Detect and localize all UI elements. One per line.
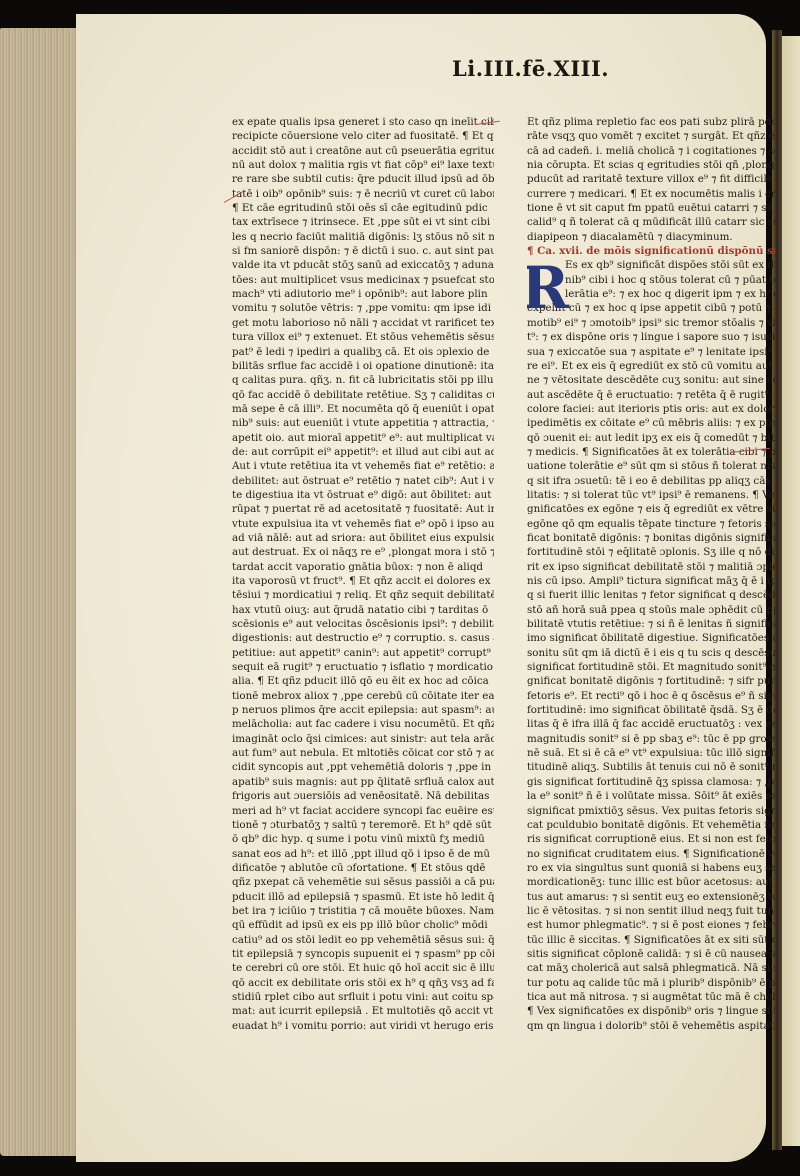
text-line: tūc illic ē siccitas. ¶ Significatōes āt… bbox=[527, 933, 775, 947]
text-line: petitiue: aut appetit⁹ canin⁹: aut appet… bbox=[232, 646, 494, 660]
text-line: debilitet: aut ōstruat e⁹ retētio ⁊ nate… bbox=[232, 474, 494, 488]
text-line: qū effūdit ad ipsū ex eis pp illō būor c… bbox=[232, 918, 494, 932]
text-line: tardat accit vaporatio gnātia būox: ⁊ no… bbox=[232, 560, 494, 574]
page-block-edges bbox=[0, 28, 78, 1156]
text-line: nia cōrupta. Et scias q egritudies stōi … bbox=[527, 158, 775, 172]
text-line: tionē mebrox aliox ⁊ ,ppe cerebū cū cōit… bbox=[232, 689, 494, 703]
left-text-column: ex epate qualis ipsa generet i sto caso … bbox=[232, 115, 494, 1033]
text-line: gis significat fortitudinē q̄ʒ spissa cl… bbox=[527, 775, 775, 789]
text-line: frigoris aut ɔuersiōis ad venēositatē. N… bbox=[232, 789, 494, 803]
text-line: colore faciei: aut iterioris ptis oris: … bbox=[527, 402, 775, 416]
text-line: de: aut corrūpit ei⁹ appetit⁹: et illud … bbox=[232, 445, 494, 459]
text-line: qm qn lingua i dolorib⁹ stōi ē vehemētis… bbox=[527, 1019, 775, 1033]
text-line: qō accit ex debilitate oris stōi ex h⁹ q… bbox=[232, 976, 494, 990]
text-line: get motu laborioso nō nāli ⁊ accidat vt … bbox=[232, 316, 494, 330]
text-line: fortitudinē stōi ⁊ eq̄litatē ɔplonis. Sʒ… bbox=[527, 545, 775, 559]
text-line: bilitatē vtutis retētiue: ⁊ si ñ ē lenit… bbox=[527, 617, 775, 631]
text-line: sitis significat cōplonē calidā: ⁊ si ē … bbox=[527, 947, 775, 961]
text-line: catiu⁹ ad os stōi ledit eo pp vehemētiā … bbox=[232, 933, 494, 947]
text-line: magnitudis sonit⁹ si ē pp sbaʒ e⁹: tūc ē… bbox=[527, 732, 775, 746]
text-line: cat pculdubio bonitatē digōnis. Et vehem… bbox=[527, 818, 775, 832]
text-line: nē suā. Et si ē cā e⁹ vt⁹ expulsiua: tūc… bbox=[527, 746, 775, 760]
text-line: bilitās srflue fac accidē i oi opatione … bbox=[232, 359, 494, 373]
text-line: rūpat ⁊ puertat rē ad acetositatē ⁊ fuos… bbox=[232, 502, 494, 516]
text-line: egōne qō qm equalis tēpate tincture ⁊ fe… bbox=[527, 517, 775, 531]
text-line: q calitas pura. qñʒ. n. fit cā lubricita… bbox=[232, 373, 494, 387]
text-line: tione ē vt sit caput fm ppatū euētui cat… bbox=[527, 201, 775, 215]
text-line: ex epate qualis ipsa generet i sto caso … bbox=[232, 115, 494, 129]
text-line: ipedimētis ex cōitate e⁹ cū mēbris aliis… bbox=[527, 416, 775, 430]
text-line: te digestiua ita vt ōstruat e⁹ digō: aut… bbox=[232, 488, 494, 502]
text-line: imo significat ōbilitatē digestiue. Sign… bbox=[527, 631, 775, 645]
text-line: tus aut amarus: ⁊ si sentit euʒ eo exten… bbox=[527, 890, 775, 904]
text-line: currere ⁊ medicari. ¶ Et ex nocumētis ma… bbox=[527, 187, 775, 201]
text-line: rāte vsqʒ quo vomēt ⁊ excitet ⁊ surgāt. … bbox=[527, 129, 775, 143]
text-line: t⁹: ⁊ ex dispōne oris ⁊ lingue i sapore … bbox=[527, 330, 775, 344]
text-line: tax extrīsece ⁊ itrinsece. Et ,ppe sūt e… bbox=[232, 215, 494, 229]
text-line: si fm saniorē dispōn: ⁊ ē dictū i suo. c… bbox=[232, 244, 494, 258]
marginal-annotation: ⌐ bbox=[760, 880, 768, 890]
text-line: mat: aut icurrit epilepsiā . Et multotiē… bbox=[232, 1004, 494, 1018]
text-line: fortitudinē: imo significat ōbilitatē q̄… bbox=[527, 703, 775, 717]
text-line: nib⁹ suis: aut eueniūt i vtute appetitia… bbox=[232, 416, 494, 430]
text-line: tura villox ei⁹ ⁊ extenuet. Et stōus veh… bbox=[232, 330, 494, 344]
text-line: tur potu aq calide tūc mā i plurib⁹ disp… bbox=[527, 976, 775, 990]
text-line: uatione tolerātie e⁹ sūt qm si stōus ñ t… bbox=[527, 459, 775, 473]
text-line: recipicte cōuersione velo citer ad fuosi… bbox=[232, 129, 494, 143]
text-line: significat fortitudinē stōi. Et magnitud… bbox=[527, 660, 775, 674]
text-line: est humor phlegmatic⁹. ⁊ si ē post eione… bbox=[527, 918, 775, 932]
text-line: te cerebri cū ore stōi. Et huic qō hoī a… bbox=[232, 961, 494, 975]
text-line: scēsionis e⁹ aut velocitas ōscēsionis ip… bbox=[232, 617, 494, 631]
text-line: tit epilepsiā ⁊ syncopis supuenit ei ⁊ s… bbox=[232, 947, 494, 961]
text-line: aut destruat. Ex oi nāqʒ re e⁹ ,plongat … bbox=[232, 545, 494, 559]
text-line: tatē i oib⁹ opōnib⁹ suis: ⁊ ē necriū vt … bbox=[232, 187, 494, 201]
text-line: calid⁹ q ñ tolerat cā q mūdificāt illū c… bbox=[527, 215, 775, 229]
text-line: no significat cruditatem eius. ¶ Signifi… bbox=[527, 847, 775, 861]
text-line: meri ad h⁹ vt faciat accidere syncopi fa… bbox=[232, 804, 494, 818]
text-line: pducit illō ad epilepsiā ⁊ spasmū. Et is… bbox=[232, 890, 494, 904]
text-line: les q necrio faciūt malitiā digōnis: lʒ … bbox=[232, 230, 494, 244]
text-line: ō qb⁹ dic hyp. q sume i potu vinū mixtū … bbox=[232, 832, 494, 846]
text-line: tōes: aut multiplicet vsus medicinax ⁊ p… bbox=[232, 273, 494, 287]
text-line: sonitu sūt qm iā dictū ē i eis q tu scis… bbox=[527, 646, 775, 660]
text-line: vomitu ⁊ solutōe vētris: ⁊ ,ppe vomitu: … bbox=[232, 301, 494, 315]
text-line: tionē ⁊ ɔturbatōʒ ⁊ saltū ⁊ teremorē. Et… bbox=[232, 818, 494, 832]
text-line: fetoris e⁹. Et recti⁹ qō i hoc ē q ōscēs… bbox=[527, 689, 775, 703]
text-line: alia. ¶ Et qñz pducit illō qō eu ēit ex … bbox=[232, 674, 494, 688]
text-line: cā ad cadeñ. i. meliā cholicā ⁊ i cogita… bbox=[527, 144, 775, 158]
text-line: litas q̄ ē ifra illā q̄ fac accidē eruct… bbox=[527, 717, 775, 731]
text-line: sequit eā rugit⁹ ⁊ eructuatio ⁊ isflatio… bbox=[232, 660, 494, 674]
text-line: gnificat bonitatē digōnis ⁊ fortitudinē:… bbox=[527, 674, 775, 688]
text-line: aut fum⁹ aut nebula. Et mltotiēs cōicat … bbox=[232, 746, 494, 760]
text-line: bet ira ⁊ iciūio ⁊ tristitia ⁊ cā mouēte… bbox=[232, 904, 494, 918]
text-line: pat⁹ ē ledi ⁊ ipediri a qualibʒ cā. Et o… bbox=[232, 345, 494, 359]
text-line: nū aut dolox ⁊ malitia rgis vt fiat cōp⁹… bbox=[232, 158, 494, 172]
text-line: Et qñz plima repletio fac eos pati subz … bbox=[527, 115, 775, 129]
text-line: p neruos plimos q̄re accit epilepsia: au… bbox=[232, 703, 494, 717]
text-line: apetit oio. aut mioraī appetit⁹ e⁹: aut … bbox=[232, 431, 494, 445]
text-line: gnificatōes ex egōne ⁊ eis q̄ egrediūt e… bbox=[527, 502, 775, 516]
text-line: sua ⁊ exiccatōe sua ⁊ aspitate e⁹ ⁊ leni… bbox=[527, 345, 775, 359]
text-line: hax vtutū oiuʒ: aut q̄rudā natatio cibi … bbox=[232, 603, 494, 617]
text-line: q sit ifra ɔsuetū: tē i eo ē debilitas p… bbox=[527, 474, 775, 488]
text-line: pducūt ad raritatē texture villox e⁹ ⁊ f… bbox=[527, 172, 775, 186]
text-line: nis cū ipso. Ampli⁹ tictura significat m… bbox=[527, 574, 775, 588]
book-spread: Li.III.fē.XIII. ex epate qualis ipsa gen… bbox=[0, 0, 800, 1176]
text-line: ro ex via singultus sunt quoniā si haben… bbox=[527, 861, 775, 875]
text-line: ne ⁊ vētositate descēdēte cuʒ sonitu: au… bbox=[527, 373, 775, 387]
text-line: apatib⁹ suis magnis: aut pp q̄litatē srf… bbox=[232, 775, 494, 789]
text-line: sanat eos ad h⁹: et illō ,ppt illud qō i… bbox=[232, 847, 494, 861]
text-line: vtute expulsiua ita vt vehemēs fiat e⁹ o… bbox=[232, 517, 494, 531]
decorated-initial-R: R bbox=[527, 260, 561, 316]
text-line: la e⁹ sonit⁹ ñ ē i volūtate missa. Sōit⁹… bbox=[527, 789, 775, 803]
text-line: ad viā nālē: aut ad sriora: aut ōbilitet… bbox=[232, 531, 494, 545]
text-line: euadat h⁹ i vomitu porrio: aut viridi vt… bbox=[232, 1019, 494, 1033]
text-line: mach⁹ vti adiutorio me⁹ i opōnib⁹: aut l… bbox=[232, 287, 494, 301]
text-line: accidit stō aut i creatōne aut cū pseuer… bbox=[232, 144, 494, 158]
text-line: imagināt oclo q̄si cimices: aut sinistr:… bbox=[232, 732, 494, 746]
text-line: ita vaporosū vt fruct⁹. ¶ Et qñz accit e… bbox=[232, 574, 494, 588]
text-line: tica aut mā nitrosa. ⁊ si augmētat tūc m… bbox=[527, 990, 775, 1004]
text-line: re rare sbe subtil cutis: q̄re pducit il… bbox=[232, 172, 494, 186]
text-line: lic ē vētositas. ⁊ si non sentit illud n… bbox=[527, 904, 775, 918]
running-head: Li.III.fē.XIII. bbox=[452, 56, 609, 81]
initial-block: R Es ex qb⁹ significāt dispōes stōi sūt … bbox=[527, 258, 775, 301]
text-line: aut ascēdēte q̄ ē eructuatio: ⁊ retēta q… bbox=[527, 388, 775, 402]
text-line: cidit syncopis aut ,ppt vehemētiā dolori… bbox=[232, 760, 494, 774]
text-line: digestionis: aut destructio e⁹ ⁊ corrupt… bbox=[232, 631, 494, 645]
text-line: tēsiui ⁊ mordicatiui ⁊ reliq. Et qñz seq… bbox=[232, 588, 494, 602]
text-line: ¶ Vex significatōes ex dispōnib⁹ oris ⁊ … bbox=[527, 1004, 775, 1018]
text-line: re ei⁹. Et ex eis q̄ egrediūt ex stō cū … bbox=[527, 359, 775, 373]
right-text-column: Et qñz plima repletio fac eos pati subz … bbox=[527, 115, 775, 1033]
text-line: litatis: ⁊ si tolerat tūc vt⁹ ipsi⁹ ē re… bbox=[527, 488, 775, 502]
text-line: rit ex ipso significat debilitatē stōi ⁊… bbox=[527, 560, 775, 574]
text-line: mā sepe ē cā illi⁹. Et nocumēta qō q̄ eu… bbox=[232, 402, 494, 416]
text-line: significat pmixtiōʒ sēsus. Vex puitas fe… bbox=[527, 804, 775, 818]
text-line: dificatōe ⁊ ablutōe cū ɔfortatione. ¶ Et… bbox=[232, 861, 494, 875]
text-line: qō ɔuenit ei: aut ledit ipʒ ex eis q̄ co… bbox=[527, 431, 775, 445]
text-line: Aut i vtute retētiua ita vt vehemēs fiat… bbox=[232, 459, 494, 473]
text-line: q si fuerit illic lenitas ⁊ fetor signif… bbox=[527, 588, 775, 602]
text-line: titudinē aliqʒ. Subtilis āt tenuis cui n… bbox=[527, 760, 775, 774]
text-line: melācholia: aut fac cadere i visu nocumē… bbox=[232, 717, 494, 731]
text-line: cat māʒ cholericā aut salsā phlegmaticā.… bbox=[527, 961, 775, 975]
facing-page-edge bbox=[782, 36, 800, 1146]
text-line: stō añ horā suā ppea q stoūs male ɔphēdi… bbox=[527, 603, 775, 617]
text-line: qñz pxepat cā vehemētie sui sēsus passiō… bbox=[232, 875, 494, 889]
text-line: valde ita vt pducāt stōʒ sanū ad exiccat… bbox=[232, 258, 494, 272]
text-line: qō fac accidē ō debilitate retētiue. Sʒ … bbox=[232, 388, 494, 402]
text-line: mordicationēʒ: tunc illic est būor aceto… bbox=[527, 875, 775, 889]
text-line: diapipeon ⁊ diacalamētū ⁊ diacyminum. bbox=[527, 230, 775, 244]
text-line: ¶ Et cāe egritudinū stōi oēs sī cāe egit… bbox=[232, 201, 494, 215]
text-line: ficat bonitatē digōnis: ⁊ bonitas digōni… bbox=[527, 531, 775, 545]
text-line: ris significat corruptionē eius. Et si n… bbox=[527, 832, 775, 846]
text-line: stidiū rplet cibo aut srfluit i potu vin… bbox=[232, 990, 494, 1004]
